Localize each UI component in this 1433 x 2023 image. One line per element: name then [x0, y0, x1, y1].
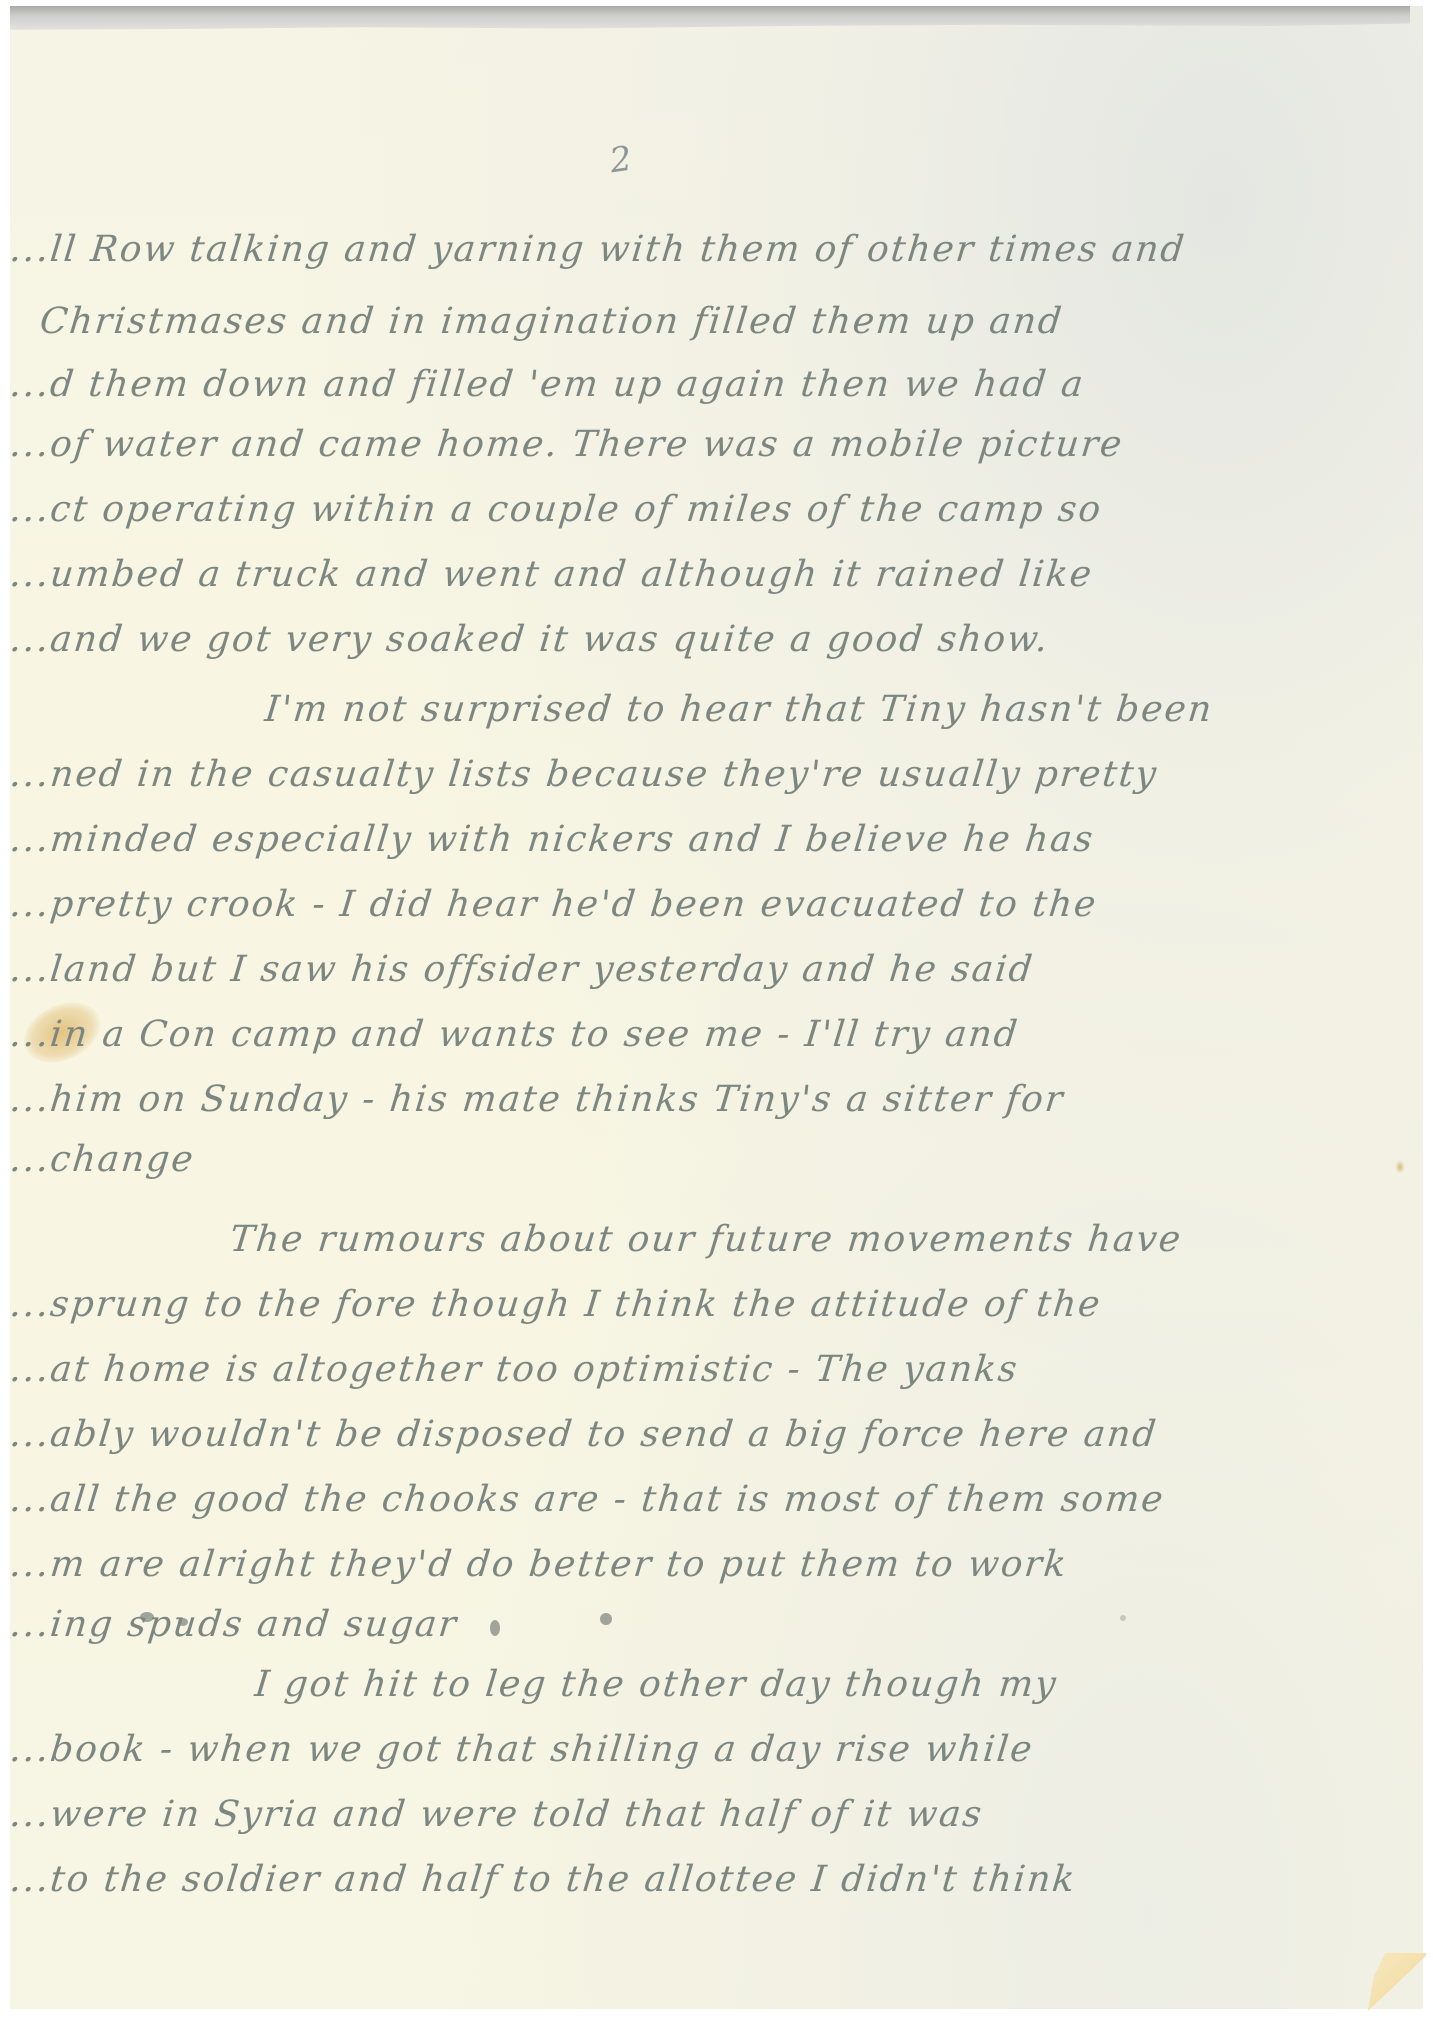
letter-line: ...land but I saw his offsider yesterday…	[7, 940, 1037, 1000]
letter-line: ...were in Syria and were told that half…	[7, 1785, 986, 1845]
letter-line: ...sprung to the fore though I think the…	[7, 1275, 1105, 1335]
ink-smudge	[600, 1613, 612, 1625]
rust-dot	[1395, 1160, 1405, 1174]
letter-line-paragraph-start: I got hit to leg the other day though my	[252, 1655, 1061, 1715]
letter-line: ...in a Con camp and wants to see me - I…	[7, 1005, 1022, 1065]
letter-line: ...book - when we got that shilling a da…	[7, 1720, 1037, 1780]
letter-line: ...m are alright they'd do better to put…	[7, 1535, 1071, 1595]
letter-line-paragraph-start: The rumours about our future movements h…	[227, 1210, 1185, 1270]
ink-smudge	[1120, 1615, 1126, 1621]
letter-line: ...d them down and filled 'em up again t…	[7, 355, 1088, 415]
ink-smudge	[490, 1620, 500, 1636]
letter-line: ...pretty crook - I did hear he'd been e…	[7, 875, 1101, 935]
letter-line: ...ct operating within a couple of miles…	[7, 480, 1105, 540]
letter-line: ...ll Row talking and yarning with them …	[7, 220, 1189, 280]
letter-line: ...umbed a truck and went and although i…	[7, 545, 1096, 605]
letter-line: ...minded especially with nickers and I …	[7, 810, 1098, 870]
letter-line: ...ing spuds and sugar	[7, 1595, 461, 1655]
letter-line: ...to the soldier and half to the allott…	[7, 1850, 1079, 1910]
letter-line: ...all the good the chooks are - that is…	[7, 1470, 1168, 1530]
letter-line-paragraph-start: I'm not surprised to hear that Tiny hasn…	[262, 680, 1216, 740]
letter-line: ...ably wouldn't be disposed to send a b…	[7, 1405, 1161, 1465]
letter-line: ...of water and came home. There was a m…	[7, 415, 1127, 475]
letter-line: ...ned in the casualty lists because the…	[7, 745, 1161, 805]
scan-margin-right	[1423, 6, 1433, 2013]
letter-line: ...and we got very soaked it was quite a…	[7, 610, 1053, 670]
letter-line: ...him on Sunday - his mate thinks Tiny'…	[7, 1070, 1068, 1130]
letter-line: ...change	[7, 1130, 198, 1190]
scan-margin-bottom	[0, 2009, 1433, 2023]
letter-line: ...at home is altogether too optimistic …	[7, 1340, 1022, 1400]
letter-line: Christmases and in imagination filled th…	[37, 292, 1066, 352]
